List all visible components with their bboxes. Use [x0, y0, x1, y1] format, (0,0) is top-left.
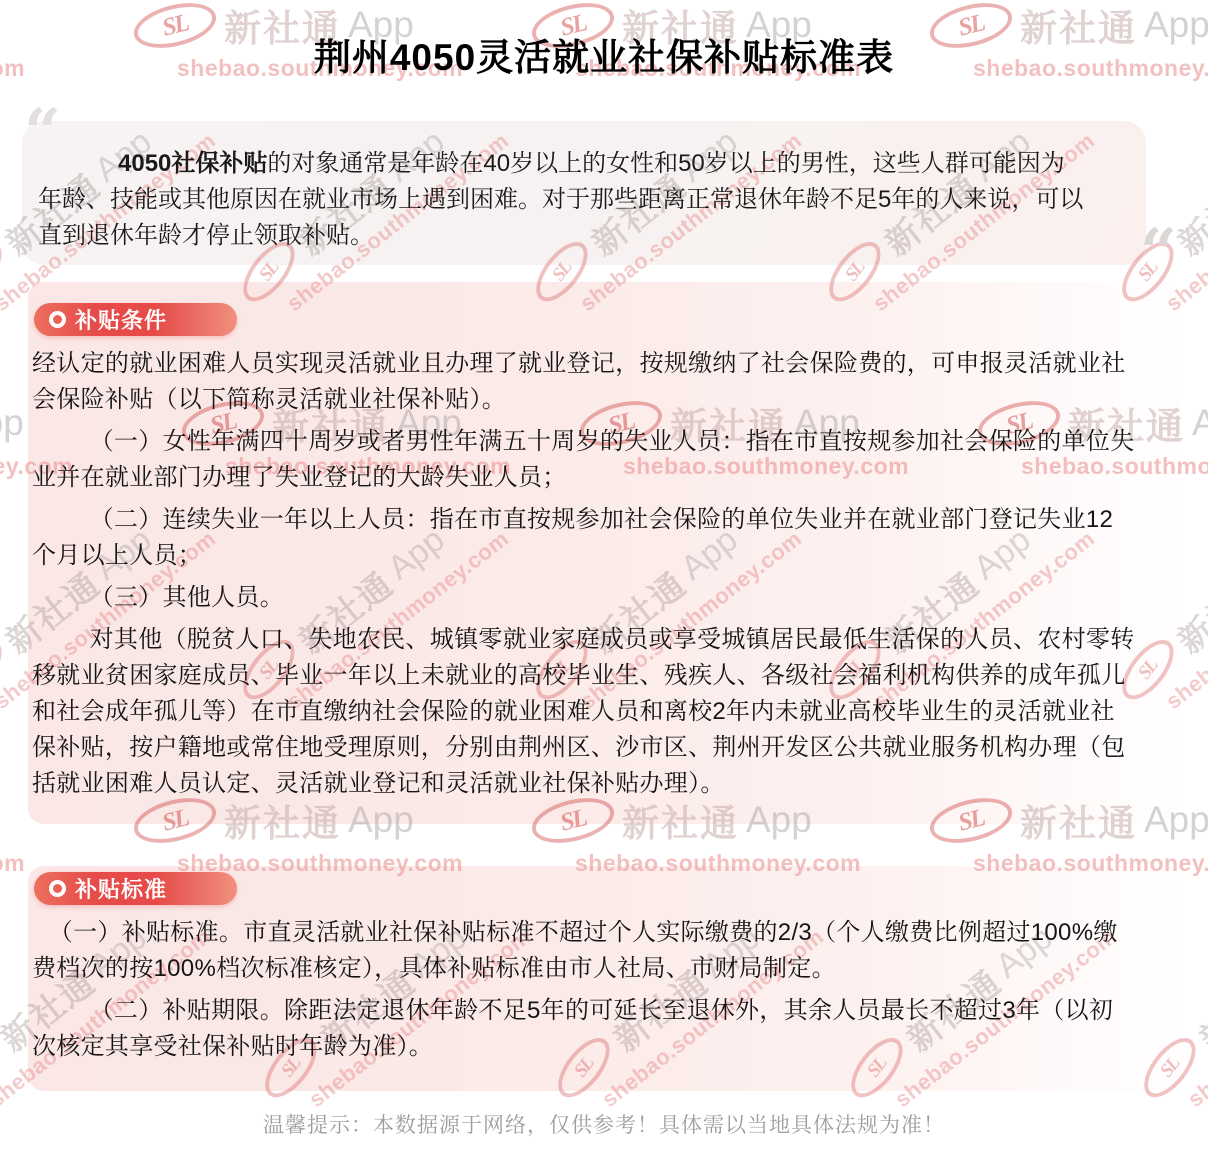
section-standard-badge: 补贴标准 — [34, 872, 237, 905]
brand-logo-icon: SL — [0, 631, 11, 708]
section-conditions-badge: 补贴条件 — [34, 303, 237, 336]
watermark-domain-text: shebao.southmoney.com — [1183, 924, 1208, 1113]
footer-disclaimer: 温馨提示：本数据源于网络，仅供参考！具体需以当地具体法规为准！ — [0, 1109, 1208, 1139]
brand-logo-icon: SL — [0, 1029, 6, 1106]
intro-text: 4050社保补贴的对象通常是年龄在40岁以上的女性和50岁以上的男性，这些人群可… — [22, 121, 1146, 254]
ring-icon — [49, 880, 66, 897]
watermark-domain-text: shebao.southmoney.com — [0, 850, 25, 877]
standard-item-2: （二）补贴期限。除距法定退休年龄不足5年的可延长至退休外，其余人员最长不超过3年… — [32, 993, 1136, 1065]
section-conditions-panel: 补贴条件 经认定的就业困难人员实现灵活就业且办理了就业登记，按规缴纳了社会保险费… — [28, 282, 1180, 824]
conditions-other-detail: 对其他（脱贫人口、失地农民、城镇零就业家庭成员或享受城镇居民最低生活保的人员、农… — [32, 622, 1136, 802]
intro-lead-term: 4050社保补贴 — [118, 150, 267, 177]
conditions-item-1: （一）女性年满四十周岁或者男性年满五十周岁的失业人员：指在市直按规参加社会保险的… — [32, 424, 1136, 496]
section-standard-panel: 补贴标准 （一）补贴标准。市直灵活就业社保补贴标准不超过个人实际缴费的2/3（个… — [28, 866, 1180, 1091]
conditions-item-3: （三）其他人员。 — [32, 580, 1136, 616]
watermark: SL新社通Appshebao.southmoney.com — [0, 793, 25, 877]
conditions-item-2: （二）连续失业一年以上人员：指在市直按规参加社会保险的单位失业并在就业部门登记失… — [32, 502, 1136, 574]
watermark-brand-suffix: App — [1192, 402, 1208, 444]
intro-quote-box: “ 4050社保补贴的对象通常是年龄在40岁以上的女性和50岁以上的男性，这些人… — [22, 121, 1146, 265]
page-title: 荆州4050灵活就业社保补贴标准表 — [0, 0, 1208, 81]
standard-item-1: （一）补贴标准。市直灵活就业社保补贴标准不超过个人实际缴费的2/3（个人缴费比例… — [32, 915, 1136, 987]
article-page: SL新社通Appshebao.southmoney.comSL新社通Appshe… — [0, 0, 1208, 1170]
close-quote-icon: “ — [1140, 221, 1177, 285]
section-conditions-badge-label: 补贴条件 — [75, 304, 167, 335]
conditions-paragraph: 经认定的就业困难人员实现灵活就业且办理了就业登记，按规缴纳了社会保险费的，可申报… — [32, 346, 1136, 418]
intro-paragraph: 4050社保补贴的对象通常是年龄在40岁以上的女性和50岁以上的男性，这些人群可… — [38, 146, 1088, 254]
watermark-brand-text: 新社通 — [1188, 956, 1208, 1061]
watermark-brand-suffix: App — [0, 402, 24, 444]
section-standard-badge-label: 补贴标准 — [75, 873, 167, 904]
ring-icon — [49, 311, 66, 328]
brand-logo-icon: SL — [0, 233, 11, 310]
